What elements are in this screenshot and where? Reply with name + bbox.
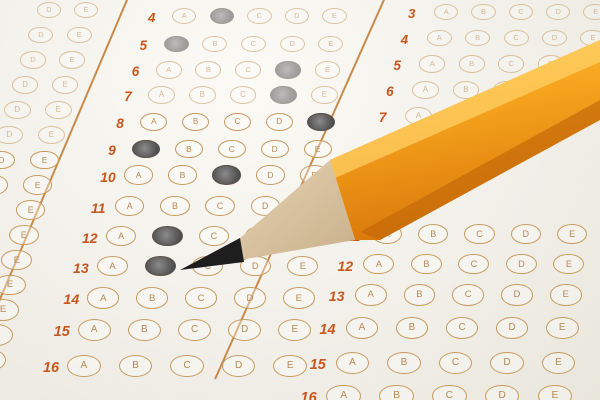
answer-bubble-left-d[interactable]: D — [37, 2, 61, 18]
answer-bubble-9-d[interactable]: D — [261, 140, 289, 159]
answer-bubble-14-e[interactable]: E — [283, 287, 315, 308]
question-number: 12 — [82, 230, 98, 246]
answer-bubble-10-d[interactable]: D — [256, 165, 285, 184]
answer-bubble-left-d[interactable]: D — [0, 175, 8, 194]
answer-bubble-left-e[interactable]: E — [74, 2, 98, 18]
question-number: 4 — [148, 10, 155, 25]
answer-bubble-4-b[interactable]: B — [210, 8, 234, 24]
answer-bubble-r11-e[interactable]: E — [557, 224, 587, 244]
answer-bubble-15-c[interactable]: C — [178, 319, 211, 341]
answer-bubble-left-d[interactable]: D — [20, 51, 46, 68]
question-number: 11 — [91, 200, 105, 216]
answer-bubble-left-e[interactable]: E — [0, 299, 19, 320]
answer-bubble-9-c[interactable]: C — [218, 140, 246, 159]
answer-bubble-r14-a[interactable]: A — [346, 317, 379, 339]
answer-bubble-12-a[interactable]: A — [106, 226, 136, 246]
answer-bubble-r14-c[interactable]: C — [446, 317, 479, 339]
answer-bubble-r5-b[interactable]: B — [459, 55, 485, 72]
answer-bubble-8-a[interactable]: A — [140, 113, 167, 131]
answer-bubble-r15-d[interactable]: D — [490, 352, 524, 374]
answer-bubble-12-c[interactable]: C — [199, 226, 229, 246]
answer-bubble-left-e[interactable]: E — [1, 250, 32, 271]
answer-bubble-r3-d[interactable]: D — [546, 4, 570, 20]
question-number: 7 — [124, 89, 132, 104]
answer-bubble-r4-d[interactable]: D — [542, 30, 567, 47]
answer-bubble-r12-c[interactable]: C — [458, 254, 489, 275]
answer-bubble-r3-c[interactable]: C — [509, 4, 533, 20]
answer-bubble-r16-a[interactable]: A — [326, 385, 360, 400]
answer-bubble-r13-e[interactable]: E — [550, 284, 582, 305]
answer-bubble-r4-c[interactable]: C — [504, 30, 529, 47]
answer-bubble-9-a[interactable]: A — [132, 140, 160, 159]
answer-bubble-7-d[interactable]: D — [270, 86, 297, 104]
answer-bubble-7-c[interactable]: C — [230, 86, 257, 104]
answer-bubble-r11-c[interactable]: C — [464, 224, 494, 244]
question-number: 15 — [54, 324, 70, 340]
answer-bubble-r3-a[interactable]: A — [434, 4, 458, 20]
answer-bubble-5-c[interactable]: C — [241, 36, 266, 53]
answer-bubble-11-c[interactable]: C — [205, 196, 234, 216]
answer-bubble-7-e[interactable]: E — [311, 86, 338, 104]
answer-bubble-r13-b[interactable]: B — [404, 284, 436, 305]
answer-bubble-8-b[interactable]: B — [182, 113, 209, 131]
answer-bubble-10-e[interactable]: E — [300, 165, 329, 184]
answer-bubble-4-c[interactable]: C — [247, 8, 271, 24]
question-number: 16 — [300, 390, 316, 400]
question-number: 6 — [386, 84, 394, 99]
answer-bubble-10-a[interactable]: A — [124, 165, 153, 184]
question-number: 13 — [73, 260, 89, 276]
answer-bubble-15-e[interactable]: E — [278, 319, 311, 341]
answer-bubble-5-a[interactable]: A — [164, 36, 189, 53]
answer-bubble-4-d[interactable]: D — [285, 8, 309, 24]
answer-bubble-left-e[interactable]: E — [52, 76, 78, 93]
answer-bubble-r11-b[interactable]: B — [418, 224, 448, 244]
answer-bubble-left-d[interactable]: D — [0, 151, 15, 170]
answer-bubble-r13-c[interactable]: C — [452, 284, 484, 305]
answer-bubble-14-a[interactable]: A — [87, 287, 119, 308]
answer-bubble-r5-e[interactable]: E — [577, 55, 600, 72]
question-number: 9 — [108, 143, 116, 158]
answer-bubble-r6-e[interactable]: E — [574, 81, 600, 99]
answer-bubble-13-a[interactable]: A — [97, 256, 128, 277]
answer-bubble-8-c[interactable]: C — [224, 113, 251, 131]
answer-bubble-r14-e[interactable]: E — [546, 317, 579, 339]
answer-bubble-12-b[interactable]: B — [152, 226, 182, 246]
answer-bubble-r3-e[interactable]: E — [583, 4, 600, 20]
answer-bubble-16-c[interactable]: C — [170, 355, 204, 377]
question-number: 3 — [408, 6, 415, 21]
answer-bubble-16-d[interactable]: D — [222, 355, 256, 377]
answer-bubble-left-e[interactable]: E — [67, 27, 92, 44]
question-number: 4 — [401, 32, 408, 47]
answer-bubble-4-e[interactable]: E — [322, 8, 346, 24]
answer-bubble-r11-d[interactable]: D — [511, 224, 541, 244]
answer-bubble-15-d[interactable]: D — [228, 319, 261, 341]
answer-bubble-left-e[interactable]: E — [23, 175, 52, 194]
question-number: 6 — [132, 64, 139, 79]
question-number: 5 — [393, 58, 400, 73]
answer-bubble-11-d[interactable]: D — [251, 196, 280, 216]
answer-bubble-left-d[interactable]: D — [4, 101, 31, 119]
answer-bubble-r15-e[interactable]: E — [542, 352, 576, 374]
answer-bubble-r7-a[interactable]: A — [405, 107, 432, 125]
answer-bubble-11-b[interactable]: B — [160, 196, 189, 216]
answer-sheet: 4ABCDE5ABCDE6ABCDE7ABCDE8ABCDE9ABCDE10AB… — [0, 0, 600, 400]
answer-bubble-left-e[interactable]: E — [30, 151, 58, 170]
answer-bubble-r5-a[interactable]: A — [419, 55, 445, 72]
answer-bubble-8-e[interactable]: E — [307, 113, 334, 131]
answer-bubble-7-b[interactable]: B — [189, 86, 216, 104]
answer-bubble-left-d[interactable]: D — [0, 126, 23, 144]
answer-bubble-left-d[interactable]: D — [12, 76, 38, 93]
question-number: 14 — [320, 322, 336, 338]
answer-bubble-r14-d[interactable]: D — [496, 317, 529, 339]
answer-bubble-11-a[interactable]: A — [115, 196, 144, 216]
answer-bubble-r12-b[interactable]: B — [411, 254, 442, 275]
answer-bubble-5-d[interactable]: D — [280, 36, 305, 53]
answer-bubble-15-b[interactable]: B — [128, 319, 161, 341]
answer-bubble-r16-c[interactable]: C — [432, 385, 466, 400]
answer-bubble-15-a[interactable]: A — [78, 319, 111, 341]
answer-bubble-12-d[interactable]: D — [245, 226, 275, 246]
answer-bubble-left-e[interactable]: E — [0, 324, 13, 346]
answer-bubble-r4-b[interactable]: B — [465, 30, 490, 47]
answer-bubble-r4-e[interactable]: E — [580, 30, 600, 47]
answer-bubble-r4-a[interactable]: A — [427, 30, 452, 47]
answer-bubble-r12-a[interactable]: A — [363, 254, 394, 275]
answer-bubble-14-c[interactable]: C — [185, 287, 217, 308]
answer-bubble-r6-c[interactable]: C — [493, 81, 519, 99]
answer-bubble-r16-d[interactable]: D — [485, 385, 519, 400]
answer-bubble-13-c[interactable]: C — [192, 256, 223, 277]
answer-bubble-r7-d[interactable]: D — [530, 107, 557, 125]
answer-bubble-r5-d[interactable]: D — [538, 55, 564, 72]
answer-bubble-r16-e[interactable]: E — [538, 385, 572, 400]
answer-bubble-left-e[interactable]: E — [0, 349, 6, 371]
answer-bubble-r5-c[interactable]: C — [498, 55, 524, 72]
answer-bubble-r15-a[interactable]: A — [336, 352, 370, 374]
answer-bubble-10-b[interactable]: B — [168, 165, 197, 184]
question-number: 7 — [379, 110, 387, 125]
question-number: 14 — [63, 292, 79, 308]
answer-bubble-r15-c[interactable]: C — [439, 352, 473, 374]
answer-bubble-5-e[interactable]: E — [318, 36, 343, 53]
question-number: 16 — [43, 360, 59, 376]
answer-bubble-6-e[interactable]: E — [315, 61, 341, 78]
question-number: 5 — [140, 38, 147, 53]
answer-bubble-6-d[interactable]: D — [275, 61, 301, 78]
answer-bubble-r7-c[interactable]: C — [488, 107, 515, 125]
answer-bubble-r11-a[interactable]: A — [372, 224, 402, 244]
answer-bubble-14-d[interactable]: D — [234, 287, 266, 308]
answer-bubble-r7-e[interactable]: E — [571, 107, 598, 125]
answer-bubble-16-a[interactable]: A — [67, 355, 101, 377]
answer-bubble-11-e[interactable]: E — [296, 196, 325, 216]
answer-bubble-r15-b[interactable]: B — [387, 352, 421, 374]
answer-bubble-6-b[interactable]: B — [195, 61, 221, 78]
answer-bubble-r6-a[interactable]: A — [412, 81, 438, 99]
answer-bubble-left-e[interactable]: E — [0, 275, 26, 296]
answer-bubble-13-b[interactable]: B — [145, 256, 176, 277]
question-number: 13 — [329, 289, 345, 305]
answer-bubble-r12-d[interactable]: D — [506, 254, 537, 275]
answer-sheet-photo: 4ABCDE5ABCDE6ABCDE7ABCDE8ABCDE9ABCDE10AB… — [0, 0, 600, 400]
answer-bubble-12-e[interactable]: E — [292, 226, 322, 246]
answer-bubble-10-c[interactable]: C — [212, 165, 241, 184]
answer-bubble-16-e[interactable]: E — [273, 355, 307, 377]
answer-bubble-r14-b[interactable]: B — [396, 317, 429, 339]
answer-bubble-left-e[interactable]: E — [9, 225, 39, 245]
question-number: 12 — [337, 258, 353, 274]
answer-bubble-4-a[interactable]: A — [172, 8, 196, 24]
answer-bubble-r16-b[interactable]: B — [379, 385, 413, 400]
answer-bubble-left-d[interactable]: D — [28, 27, 53, 44]
question-number: 15 — [310, 357, 326, 373]
answer-bubble-r7-b[interactable]: B — [446, 107, 473, 125]
answer-bubble-7-a[interactable]: A — [148, 86, 175, 104]
answer-bubble-r13-d[interactable]: D — [501, 284, 533, 305]
answer-bubble-6-a[interactable]: A — [156, 61, 182, 78]
answer-bubble-13-d[interactable]: D — [240, 256, 271, 277]
answer-bubble-16-b[interactable]: B — [119, 355, 153, 377]
answer-bubble-r6-b[interactable]: B — [453, 81, 479, 99]
answer-bubble-r12-e[interactable]: E — [553, 254, 584, 275]
answer-bubble-14-b[interactable]: B — [136, 287, 168, 308]
answer-bubble-left-e[interactable]: E — [59, 51, 85, 68]
question-number: 8 — [116, 116, 124, 131]
answer-bubble-9-b[interactable]: B — [175, 140, 203, 159]
question-number: 10 — [100, 169, 115, 185]
answer-bubble-r3-b[interactable]: B — [471, 4, 495, 20]
answer-bubble-8-d[interactable]: D — [266, 113, 293, 131]
answer-bubble-left-e[interactable]: E — [45, 101, 72, 119]
answer-bubble-r6-d[interactable]: D — [534, 81, 560, 99]
answer-bubble-9-e[interactable]: E — [304, 140, 332, 159]
answer-bubble-r13-a[interactable]: A — [355, 284, 387, 305]
answer-bubble-5-b[interactable]: B — [202, 36, 227, 53]
answer-bubble-left-e[interactable]: E — [38, 126, 66, 144]
answer-bubble-13-e[interactable]: E — [287, 256, 318, 277]
question-number: 11 — [346, 228, 361, 244]
answer-bubble-left-e[interactable]: E — [16, 200, 46, 220]
answer-bubble-6-c[interactable]: C — [235, 61, 261, 78]
